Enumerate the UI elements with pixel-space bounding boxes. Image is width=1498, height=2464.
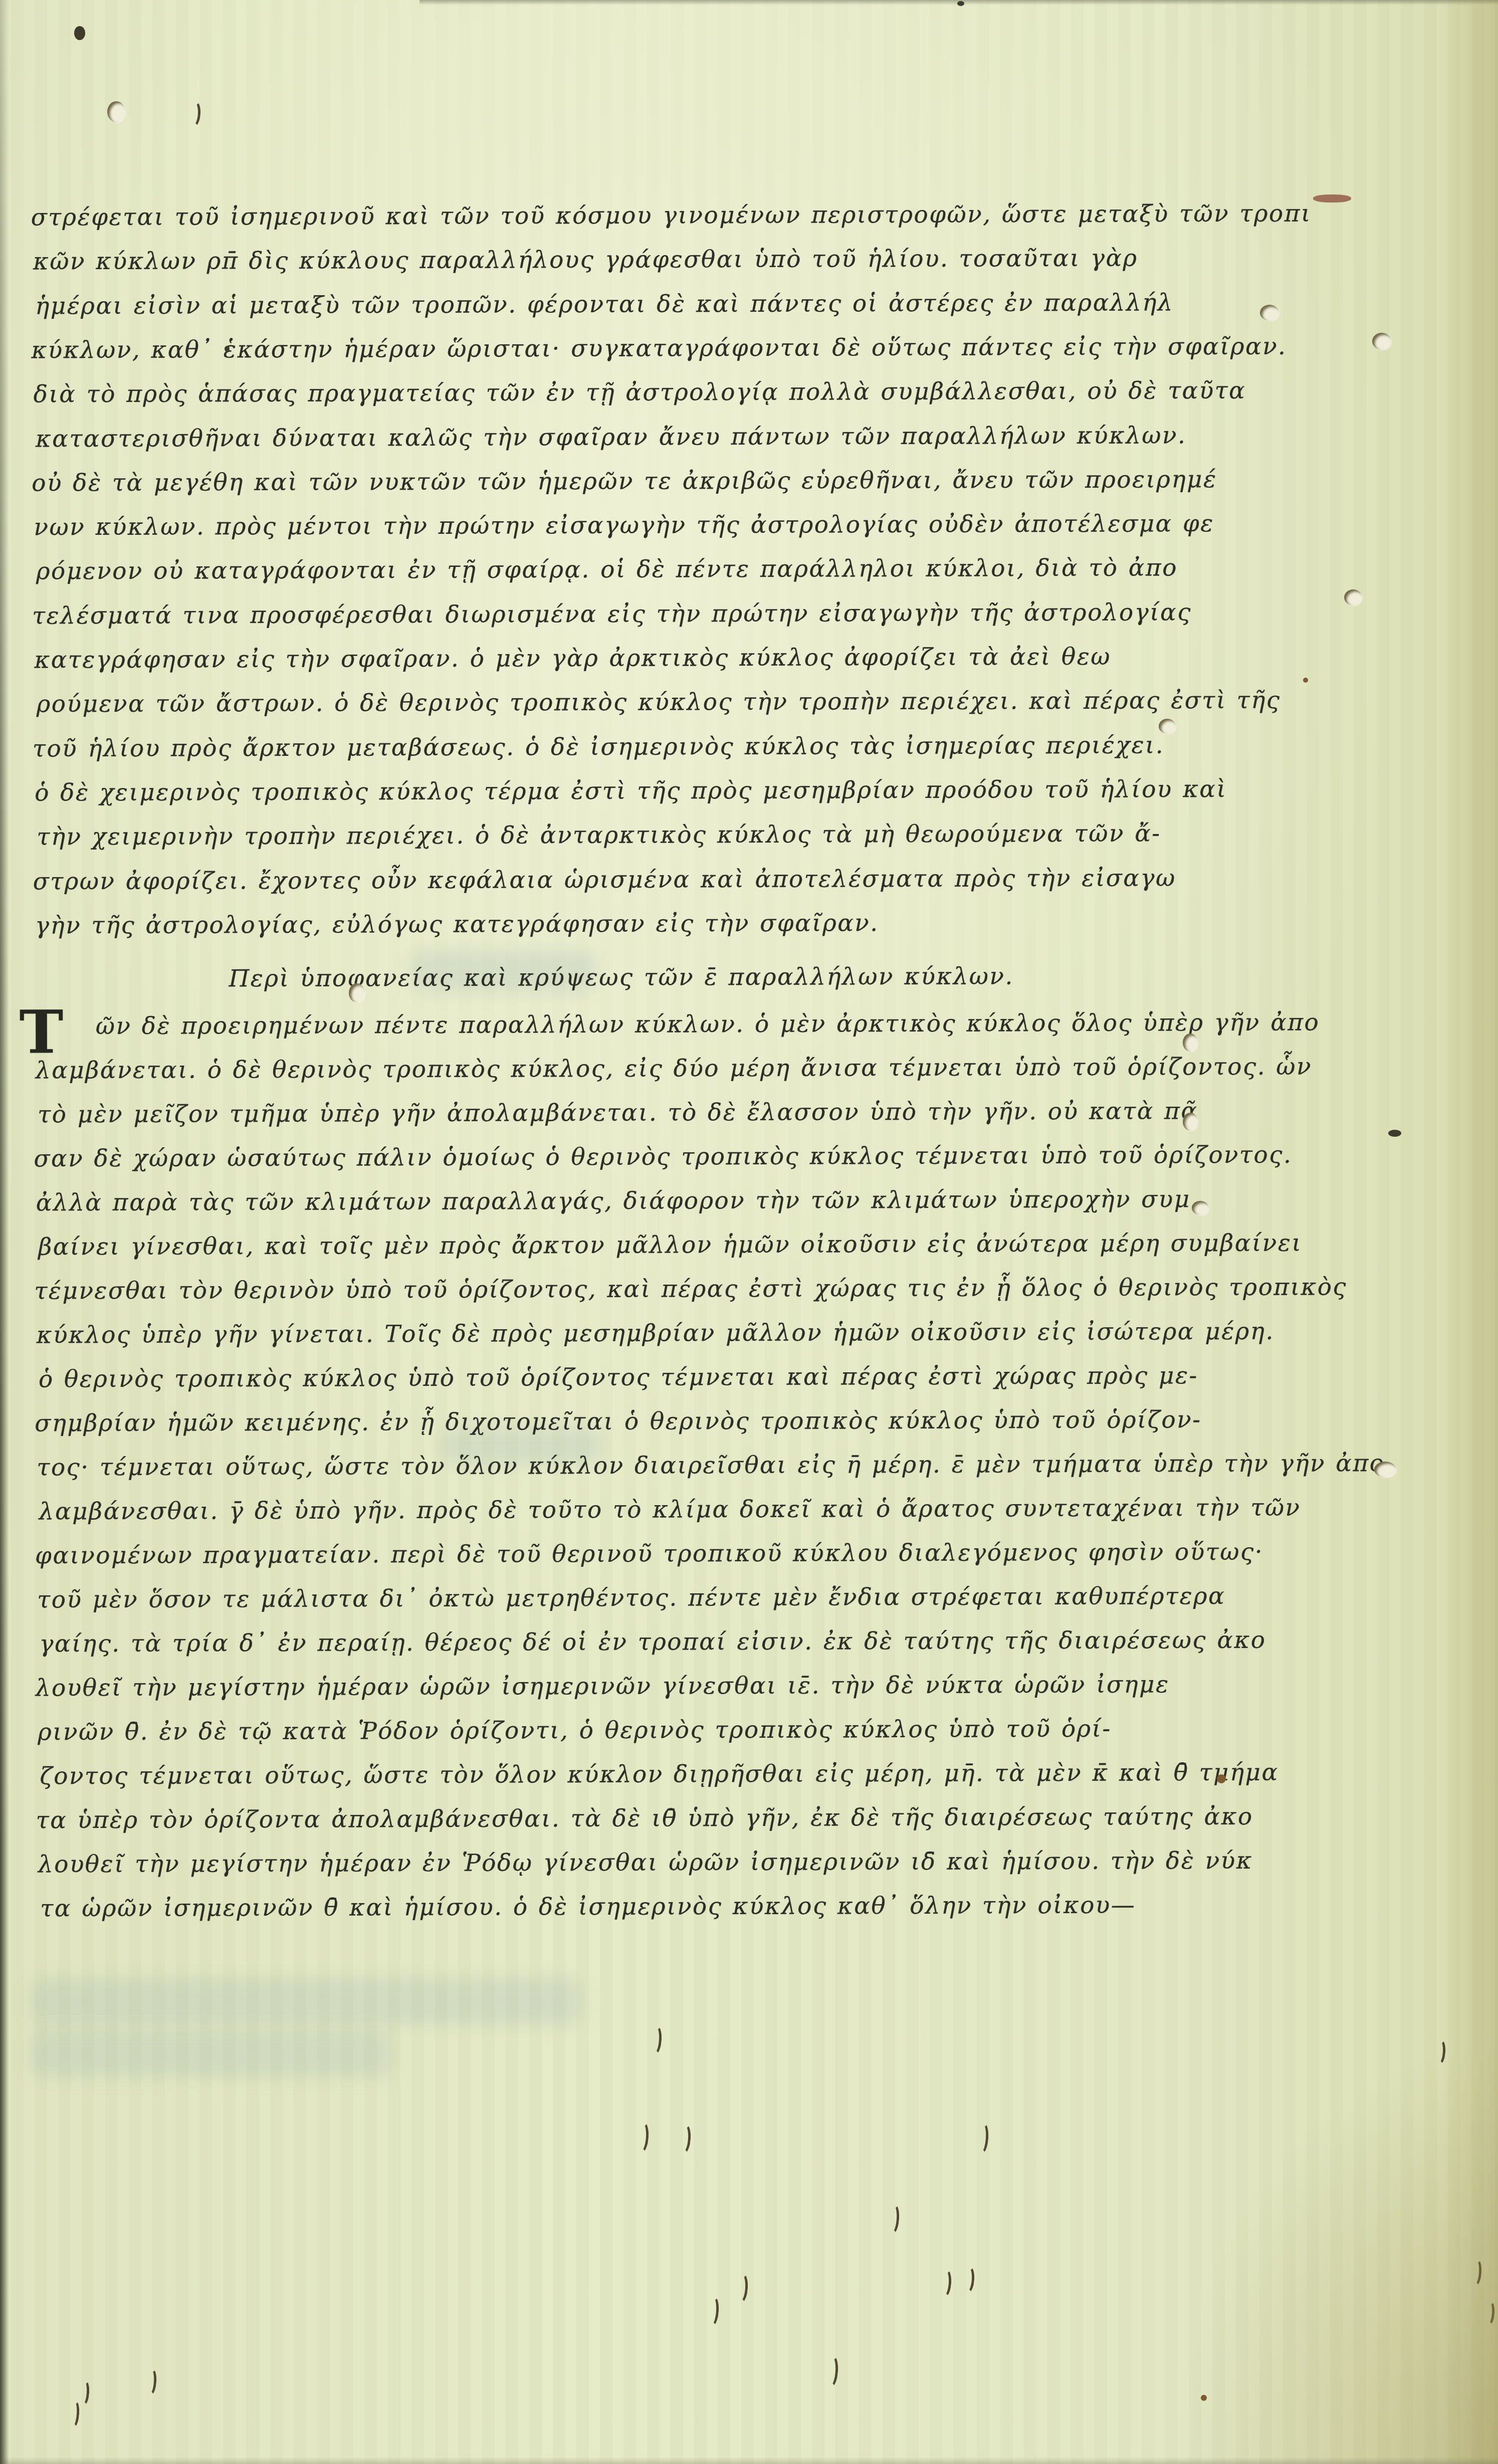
greek-text-line: στρων ἀφορίζει. ἔχοντες οὖν κεφάλαια ὡρι… <box>33 864 1176 895</box>
greek-text-line: ὁ θερινὸς τροπικὸς κύκλος ὑπὸ τοῦ ὁρίζον… <box>39 1362 1198 1393</box>
greek-text-line: κύκλων, καθ᾽ ἑκάστην ἡμέραν ὥρισται· συγ… <box>31 333 1287 364</box>
greek-text-line: κύκλος ὑπὲρ γῆν γίνεται. Τοῖς δὲ πρὸς με… <box>37 1318 1274 1349</box>
greek-text-block: στρέφεται τοῦ ἰσημερινοῦ καὶ τῶν τοῦ κόσ… <box>0 0 1498 2464</box>
greek-text-line: ἡμέραι εἰσὶν αἱ μεταξὺ τῶν τροπῶν. φέρον… <box>35 289 1174 320</box>
greek-text-line: λαμβάνεται. ὁ δὲ θερινὸς τροπικὸς κύκλος… <box>36 1053 1312 1084</box>
greek-text-line: καταστερισθῆναι δύναται καλῶς τὴν σφαῖρα… <box>36 422 1187 453</box>
greek-text-line: τα ὡρῶν ἰσημερινῶν θ̄ καὶ ἡμίσου. ὁ δὲ ἰ… <box>40 1892 1136 1923</box>
greek-text-line: ῶν δὲ προειρημένων πέντε παραλλήλων κύκλ… <box>96 1008 1320 1040</box>
greek-text-line: τελέσματά τινα προσφέρεσθαι διωρισμένα ε… <box>32 598 1192 630</box>
greek-text-line: σημβρίαν ἡμῶν κειμένης. ἐν ᾗ διχοτομεῖτα… <box>35 1406 1202 1437</box>
greek-text-line: ρόμενον οὐ καταγράφονται ἐν τῇ σφαίρᾳ. ο… <box>36 554 1178 585</box>
greek-text-line: κῶν κύκλων ρπ̄ δὶς κύκλους παραλλήλους γ… <box>33 245 1138 276</box>
greek-text-line: λουθεῖ τὴν μεγίστην ἡμέραν ἐν Ῥόδῳ γίνεσ… <box>38 1847 1253 1879</box>
greek-text-line: σαν δὲ χώραν ὡσαύτως πάλιν ὁμοίως ὁ θερι… <box>34 1141 1292 1173</box>
greek-text-line: λουθεῖ τὴν μεγίστην ἡμέραν ὡρῶν ἰσημεριν… <box>36 1671 1170 1702</box>
greek-text-line: ρινῶν θ̄. ἐν δὲ τῷ κατὰ Ῥόδον ὁρίζοντι, … <box>38 1715 1112 1746</box>
greek-text-line: βαίνει γίνεσθαι, καὶ τοῖς μὲν πρὸς ἄρκτο… <box>38 1229 1302 1261</box>
greek-text-line: κατεγράφησαν εἰς τὴν σφαῖραν. ὁ μὲν γὰρ … <box>34 643 1111 674</box>
greek-text-line: τοῦ μὲν ὅσον τε μάλιστα δι᾽ ὀκτὼ μετρηθέ… <box>37 1582 1225 1613</box>
greek-text-line: γὴν τῆς ἀστρολογίας, εὐλόγως κατεγράφησα… <box>35 909 879 939</box>
greek-text-line: νων κύκλων. πρὸς μέντοι τὴν πρώτην εἰσαγ… <box>34 510 1214 541</box>
greek-text-line: λαμβάνεσθαι. γ̄ δὲ ὑπὸ γῆν. πρὸς δὲ τοῦτ… <box>39 1494 1301 1526</box>
greek-text-line: τὸ μὲν μεῖζον τμῆμα ὑπὲρ γῆν ἀπολαμβάνετ… <box>38 1097 1198 1128</box>
greek-text-line: ὁ δὲ χειμερινὸς τροπικὸς κύκλος τέρμα ἐσ… <box>35 775 1227 806</box>
scanned-book-page: στρέφεται τοῦ ἰσημερινοῦ καὶ τῶν τοῦ κόσ… <box>0 0 1498 2464</box>
greek-text-line: διὰ τὸ πρὸς ἁπάσας πραγματείας τῶν ἐν τῇ… <box>34 377 1246 408</box>
greek-text-line: τὴν χειμερινὴν τροπὴν περιέχει. ὁ δὲ ἀντ… <box>37 820 1161 851</box>
greek-text-line: στρέφεται τοῦ ἰσημερινοῦ καὶ τῶν τοῦ κόσ… <box>31 199 1312 231</box>
greek-text-line: ζοντος τέμνεται οὕτως, ὥστε τὸν ὅλον κύκ… <box>40 1759 1278 1790</box>
drop-cap-initial-T: Τ <box>20 1002 64 1062</box>
greek-text-line: τέμνεσθαι τὸν θερινὸν ὑπὸ τοῦ ὁρίζοντος,… <box>34 1273 1347 1305</box>
greek-text-line: ἀλλὰ παρὰ τὰς τῶν κλιμάτων παραλλαγάς, δ… <box>36 1185 1191 1216</box>
greek-text-line: γαίης. τὰ τρία δ᾽ ἐν περαίῃ. θέρεος δέ ο… <box>39 1626 1266 1658</box>
greek-text-line: τα ὑπὲρ τὸν ὁρίζοντα ἀπολαμβάνεσθαι. τὰ … <box>36 1803 1253 1834</box>
greek-text-line: οὐ δὲ τὰ μεγέθη καὶ τῶν νυκτῶν τῶν ἡμερῶ… <box>32 466 1217 497</box>
greek-text-line: τος· τέμνεται οὕτως, ὥστε τὸν ὅλον κύκλο… <box>37 1450 1385 1481</box>
greek-text-line: φαινομένων πραγματείαν. περὶ δὲ τοῦ θερι… <box>35 1538 1263 1570</box>
greek-text-line: ρούμενα τῶν ἄστρων. ὁ δὲ θερινὸς τροπικὸ… <box>37 687 1281 718</box>
chapter-heading: Περὶ ὑποφανείας καὶ κρύψεως τῶν ε̄ παραλ… <box>229 962 1014 992</box>
greek-text-line: τοῦ ἡλίου πρὸς ἄρκτον μεταβάσεως. ὁ δὲ ἰ… <box>33 731 1164 762</box>
